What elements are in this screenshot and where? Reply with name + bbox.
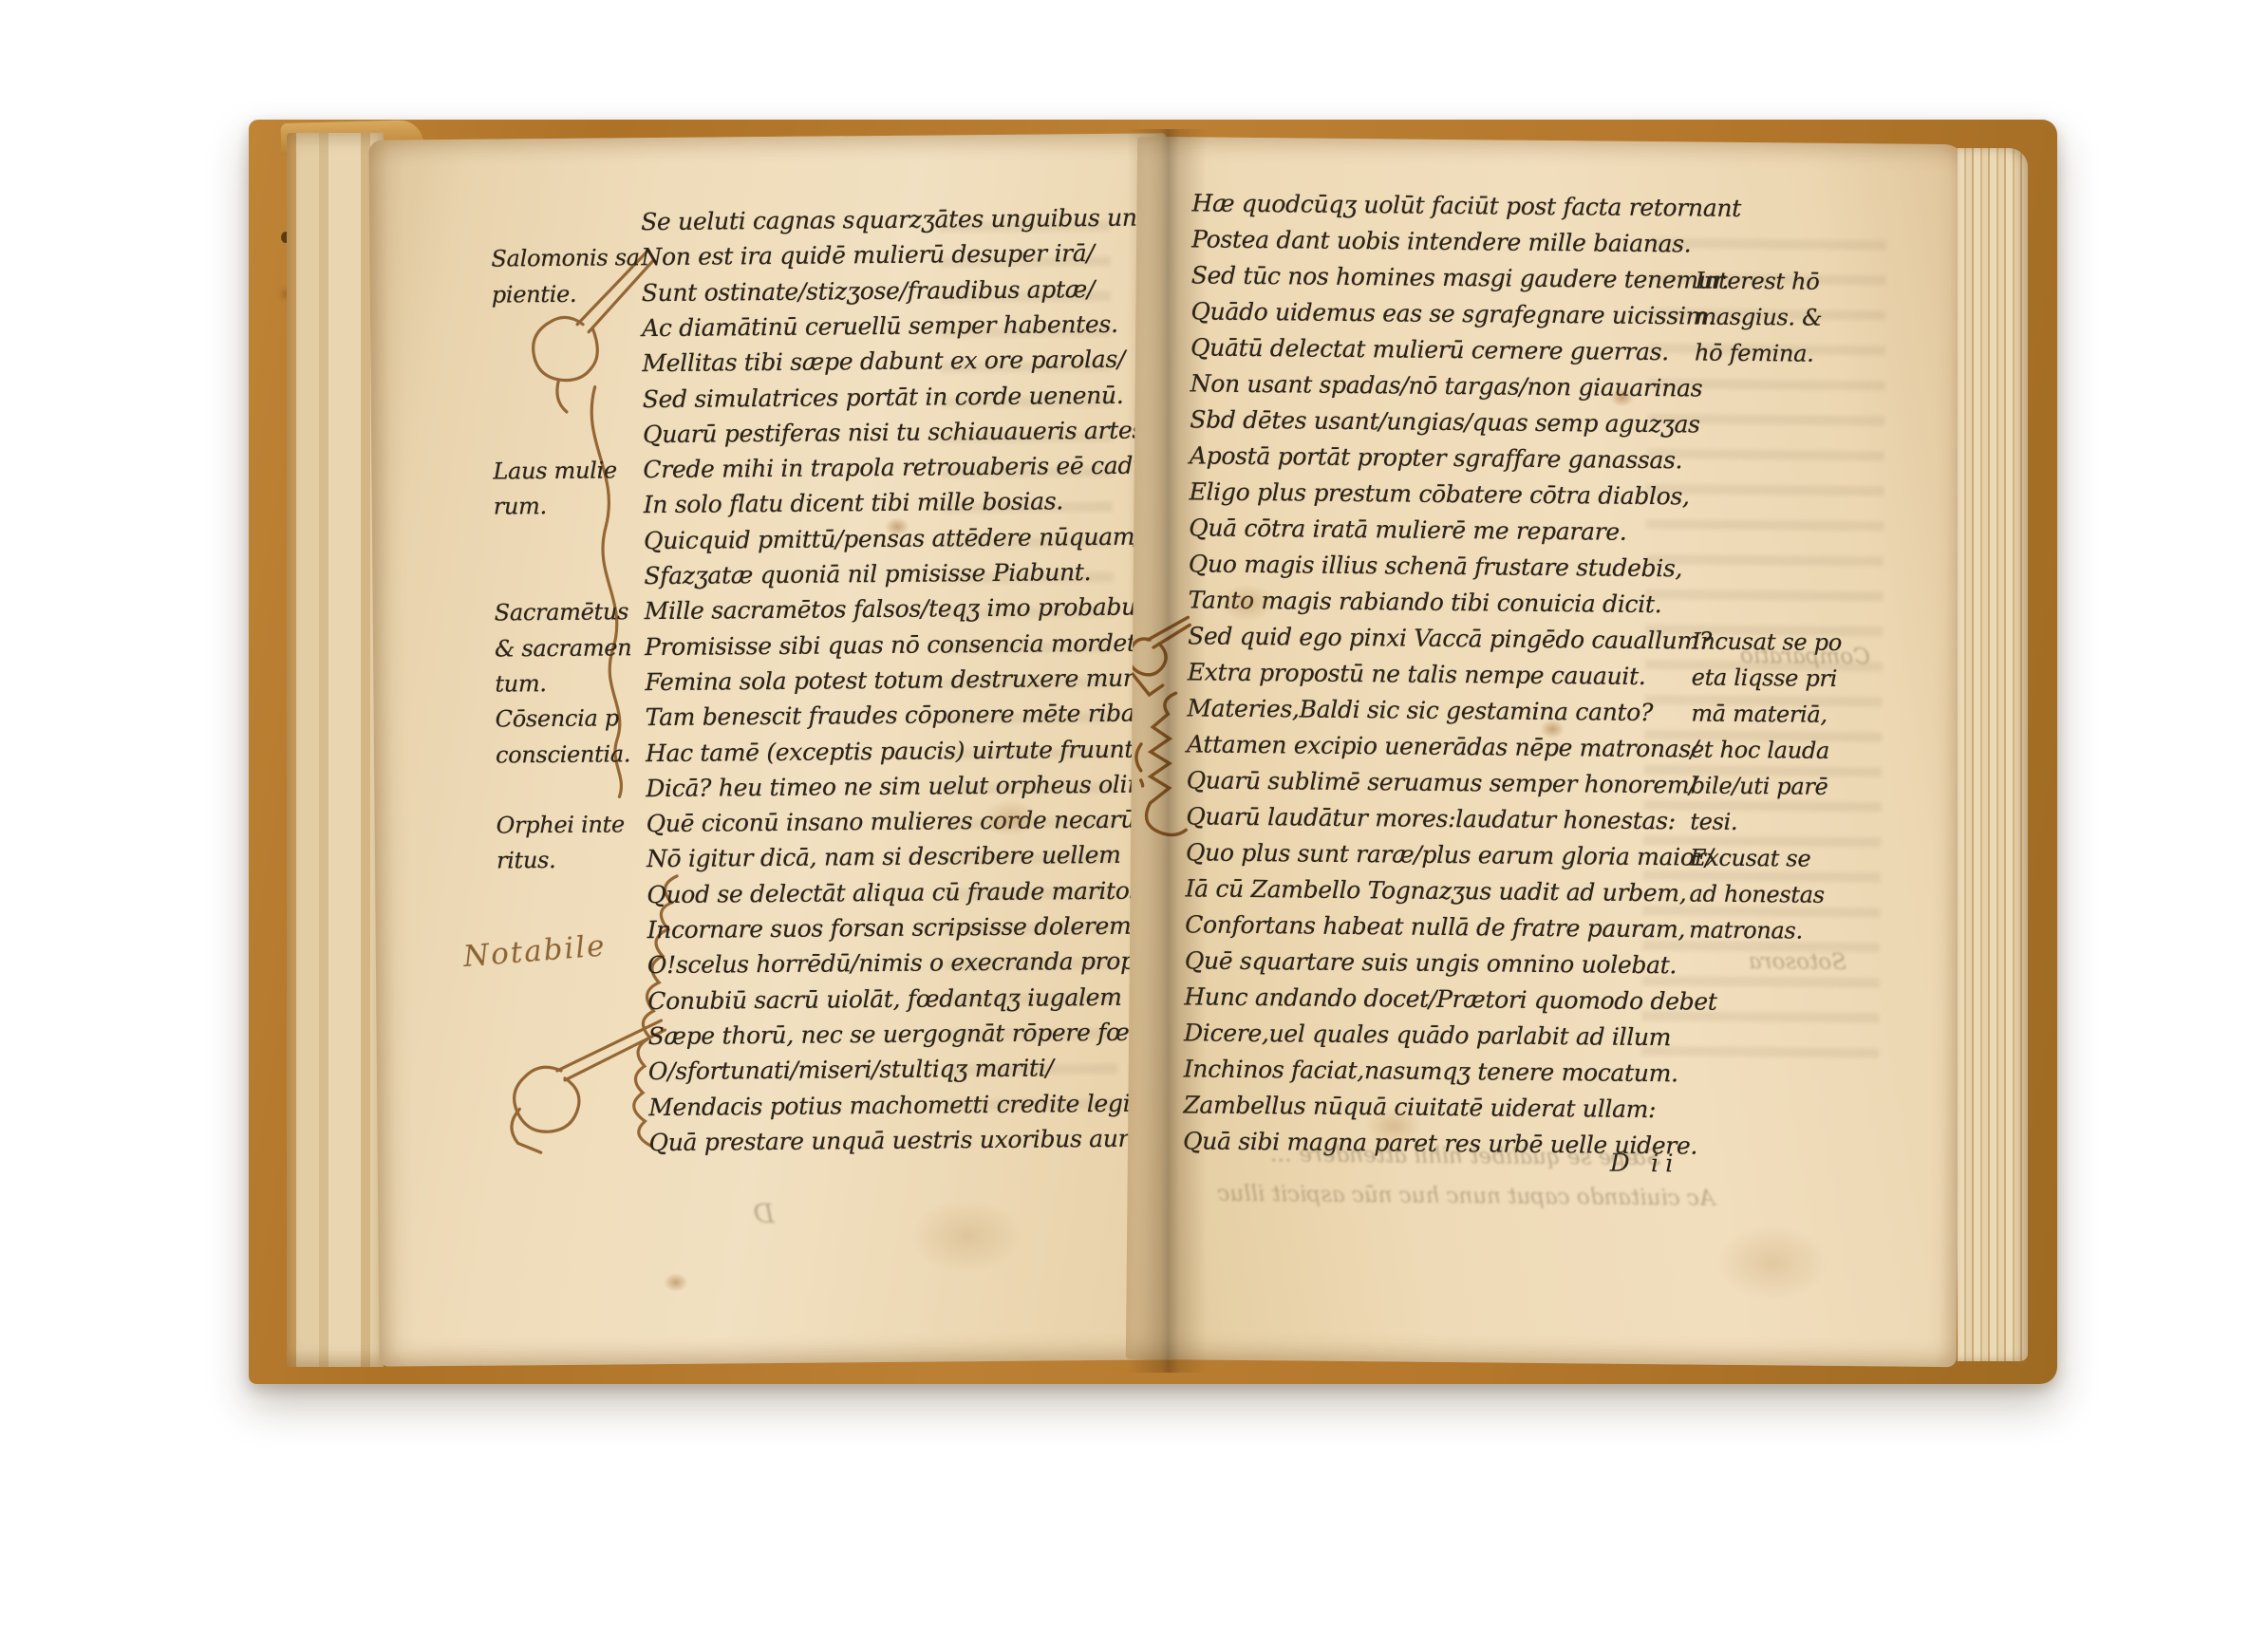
verse-line: Mendacis potius machometti credite legi/ [648,1089,1137,1120]
foxing-stain [664,1273,688,1292]
right-page: Hæ quodcūqʒ uolūt faciūt post facta reto… [1126,137,1968,1367]
show-through-text-line: Ac ciuitando caput nunc huc nūc aspicit … [1217,1182,1715,1211]
verse-line: Sed simulatrices portāt in corde uenenū. [643,381,1124,412]
margin-note: pientie. [492,280,577,308]
verse-line: Quarū laudātur mores:laudatur honestas: [1186,802,1676,834]
verse-line: Quātū delectat mulierū cernere guerras. [1190,333,1669,365]
verse-line: Confortans habeat nullā de fratre pauram… [1185,910,1685,943]
page-edges-stack [1958,148,2028,1361]
cover-turn-in-strips [287,133,384,1367]
verse-line: Mille sacramētos falsos/teqʒ imo probabu… [645,593,1169,626]
verse-line: Iā cū Zambello Tognazʒus uadit ad urbem, [1185,874,1686,907]
show-through-letter: D [753,1198,775,1229]
margin-note: bile/uti parē [1691,772,1828,799]
margin-note: Excusat se [1690,844,1811,871]
verse-line: Promisisse sibi quas nō consencia mordet… [645,628,1144,661]
verse-line: Sed quid ego pinxi Vaccā pingēdo cauallu… [1188,622,1712,654]
manicule-icon [511,1020,666,1152]
book: D [249,120,2057,1384]
verse-line: Quo plus sunt raræ/plus earum gloria mai… [1186,838,1714,870]
verse-line: Quarū sublimē seruamus semper honorem/ [1187,766,1697,798]
verse-line: Quē ciconū insano mulieres corde necarūt… [647,806,1153,838]
margin-note: Salomonis sa [491,245,639,272]
margin-note: tum. [495,670,547,697]
show-through-text-line: Sæpe se quālibet nihil attendere … [1270,1142,1661,1170]
verse-line: In solo flatu dicent tibi mille bosias. [644,488,1063,519]
verse-line: Non est ira quidē mulierū desuper irā/ [641,239,1094,271]
margin-note: Interest hō [1696,267,1820,294]
verse-line: Zambellus nūquā ciuitatē uiderat ullam: [1183,1091,1656,1123]
verse-line: Apostā portāt propter sgraffare ganassas… [1190,441,1683,474]
verse-line: Nō igitur dicā, nam si describere uellem [647,841,1121,872]
margin-note: Orphei inte [497,811,625,838]
foxing-stain [1715,1225,1829,1301]
verse-line: Quod se delectāt aliqua cū fraude marito… [647,876,1141,908]
photo-background: D [0,0,2268,1646]
margin-note: hō femina. [1695,339,1814,366]
verse-line: Attamen excipio uenerādas nēpe matronas/ [1187,730,1698,762]
verse-line: Quo magis illius schenā frustare studebi… [1189,550,1683,582]
verse-line: Quā prestare unquā uestris uxoribus aure… [648,1124,1171,1156]
foxing-stain [909,1198,1024,1275]
verse-line: Quā cōtra iratā mulierē me reparare. [1189,514,1626,545]
verse-line: Tam benescit fraudes cōponere mēte ribal… [646,699,1177,731]
margin-note: masgius. & [1695,303,1822,330]
verse-line: Se ueluti cagnas squarzʒātes unguibus un… [641,203,1158,235]
verse-line: Femina sola potest totum destruxere mund… [645,664,1175,696]
verse-line: Postea dant uobis intendere mille baiana… [1191,225,1692,257]
margin-note: et hoc lauda [1691,736,1829,763]
verse-line: Tanto magis rabiando tibi conuicia dicit… [1188,586,1661,618]
margin-note: ad honestas [1689,880,1824,907]
verse-line: Inchinos faciat,nasumqʒ tenere mocatum. [1184,1055,1678,1087]
show-through-text-line: Comparatio [1740,644,1870,669]
verse-line: Dicere,uel quales quādo parlabit ad illu… [1184,1019,1671,1051]
handwritten-note: Notabile [462,928,608,974]
verse-line: Materies,Baldi sic sic gestamina canto? [1187,694,1653,726]
verse-line: Extra propostū ne talis nempe cauauit. [1188,658,1646,690]
verse-line: Non usant spadas/nō targas/non giauarina… [1190,369,1703,402]
verse-line: Hunc andando docet/Prætori quomodo debet [1184,982,1716,1015]
margin-note: & sacramen [495,634,632,662]
margin-note: tesi. [1690,808,1737,834]
manicule-icon [533,252,654,412]
show-through-text-line: Sotosora [1749,949,1846,975]
verse-line: Dicā? heu timeo ne sim uelut orpheus oli… [646,770,1156,802]
verse-line: O!scelus horrēdū/nimis o execranda propa… [647,947,1177,980]
verse-line: Sunt ostinate/stizʒose/fraudibus aptæ/ [642,275,1096,307]
margin-note: Laus mulie [493,458,617,485]
verse-line: Hæ quodcūqʒ uolūt faciūt post facta reto… [1191,189,1741,222]
margin-note: ritus. [497,847,556,874]
margin-note: matronas. [1689,916,1803,944]
verse-line: Ac diamātinū ceruellū semper habentes. [642,310,1118,342]
verse-line: Quē squartare suis ungis omnino uolebat. [1185,946,1678,979]
verse-line: Sbd dētes usant/ungias/quas semp aguzʒas [1190,405,1700,438]
verse-line: Crede mihi in trapola retrouaberis eē ca… [643,451,1176,483]
margin-note: Sacramētus [495,599,629,627]
verse-line: Conubiū sacrū uiolāt, fœdantqʒ iugalem [647,982,1122,1014]
margin-note: conscientia. [496,740,630,768]
verse-line: Quicquid pmittū/pensas attēdere nūquam/ [644,522,1143,554]
verse-line: Mellitas tibi sæpe dabunt ex ore parolas… [642,346,1125,377]
margin-note: mā materiā, [1691,700,1828,727]
margin-note: rum. [494,493,547,519]
verse-line: Quarū pestiferas nisi tu schiauaueris ar… [643,416,1152,448]
margin-note: Cōsencia p [496,705,619,733]
verse-line: Sæpe thorū, nec se uergognāt rōpere fœdu… [647,1018,1171,1050]
verse-line: O/sfortunati/miseri/stultiqʒ mariti/ [648,1055,1054,1086]
verse-line: Eligo plus prestum cōbatere cōtra diablo… [1189,477,1689,510]
verse-line: Incornare suos forsan scripsisse dolerem… [647,912,1139,945]
verse-line: Sfazʒatæ quoniā nil pmisisse Piabunt. [644,558,1091,589]
manicule-icon [1129,617,1190,696]
verse-line: Quādo uidemus eas se sgrafegnare uicissi… [1190,297,1715,329]
verse-line: Sed tūc nos homines masgi gaudere tenemu… [1191,261,1730,293]
left-page: D [368,133,1176,1366]
verse-line: Hac tamē (exceptis paucis) uirtute fruun… [646,735,1165,767]
